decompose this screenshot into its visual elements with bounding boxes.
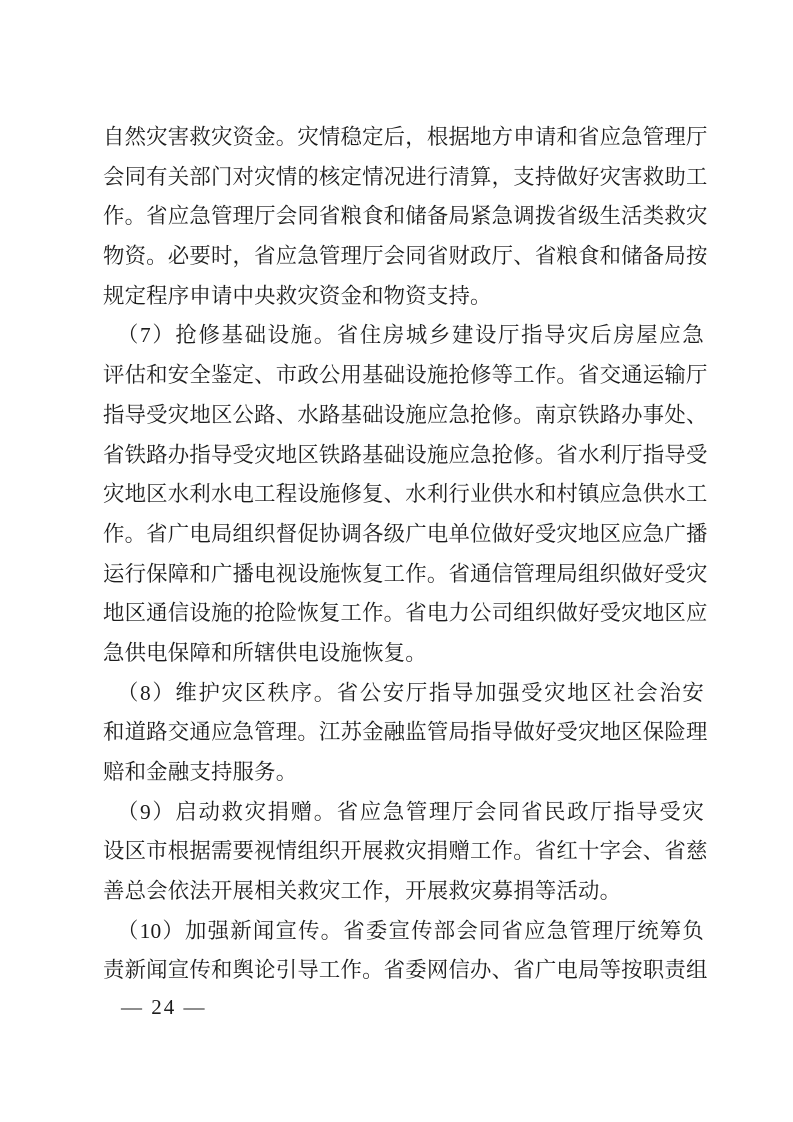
text-line: 物资。必要时，省应急管理厅会同省财政厅、省粮食和储备局按: [103, 237, 704, 277]
text-line: 评估和安全鉴定、市政公用基础设施抢修等工作。省交通运输厅: [103, 356, 704, 396]
text-line: 自然灾害救灾资金。灾情稳定后，根据地方申请和省应急管理厅: [103, 118, 704, 158]
document-body: 自然灾害救灾资金。灾情稳定后，根据地方申请和省应急管理厅会同有关部门对灾情的核定…: [103, 118, 704, 991]
text-line: 善总会依法开展相关救灾工作，开展救灾募捐等活动。: [103, 872, 704, 912]
text-line: 急供电保障和所辖供电设施恢复。: [103, 634, 704, 674]
text-line: 省铁路办指导受灾地区铁路基础设施应急抢修。省水利厅指导受: [103, 436, 704, 476]
text-line: 作。省广电局组织督促协调各级广电单位做好受灾地区应急广播: [103, 515, 704, 555]
text-line: 设区市根据需要视情组织开展救灾捐赠工作。省红十字会、省慈: [103, 832, 704, 872]
text-line: （7）抢修基础设施。省住房城乡建设厅指导灾后房屋应急: [103, 316, 704, 356]
text-line: 地区通信设施的抢险恢复工作。省电力公司组织做好受灾地区应: [103, 594, 704, 634]
page-number: — 24 —: [121, 992, 207, 1022]
text-line: 作。省应急管理厅会同省粮食和储备局紧急调拨省级生活类救灾: [103, 197, 704, 237]
text-line: 灾地区水利水电工程设施修复、水利行业供水和村镇应急供水工: [103, 475, 704, 515]
text-line: 责新闻宣传和舆论引导工作。省委网信办、省广电局等按职责组: [103, 951, 704, 991]
text-line: 指导受灾地区公路、水路基础设施应急抢修。南京铁路办事处、: [103, 396, 704, 436]
text-line: 和道路交通应急管理。江苏金融监管局指导做好受灾地区保险理: [103, 713, 704, 753]
text-line: （10）加强新闻宣传。省委宣传部会同省应急管理厅统筹负: [103, 912, 704, 952]
document-page: 自然灾害救灾资金。灾情稳定后，根据地方申请和省应急管理厅会同有关部门对灾情的核定…: [0, 0, 793, 1122]
text-line: 赔和金融支持服务。: [103, 753, 704, 793]
text-line: 规定程序申请中央救灾资金和物资支持。: [103, 277, 704, 317]
text-line: （8）维护灾区秩序。省公安厅指导加强受灾地区社会治安: [103, 674, 704, 714]
text-line: 会同有关部门对灾情的核定情况进行清算，支持做好灾害救助工: [103, 158, 704, 198]
text-line: （9）启动救灾捐赠。省应急管理厅会同省民政厅指导受灾: [103, 793, 704, 833]
text-line: 运行保障和广播电视设施恢复工作。省通信管理局组织做好受灾: [103, 555, 704, 595]
